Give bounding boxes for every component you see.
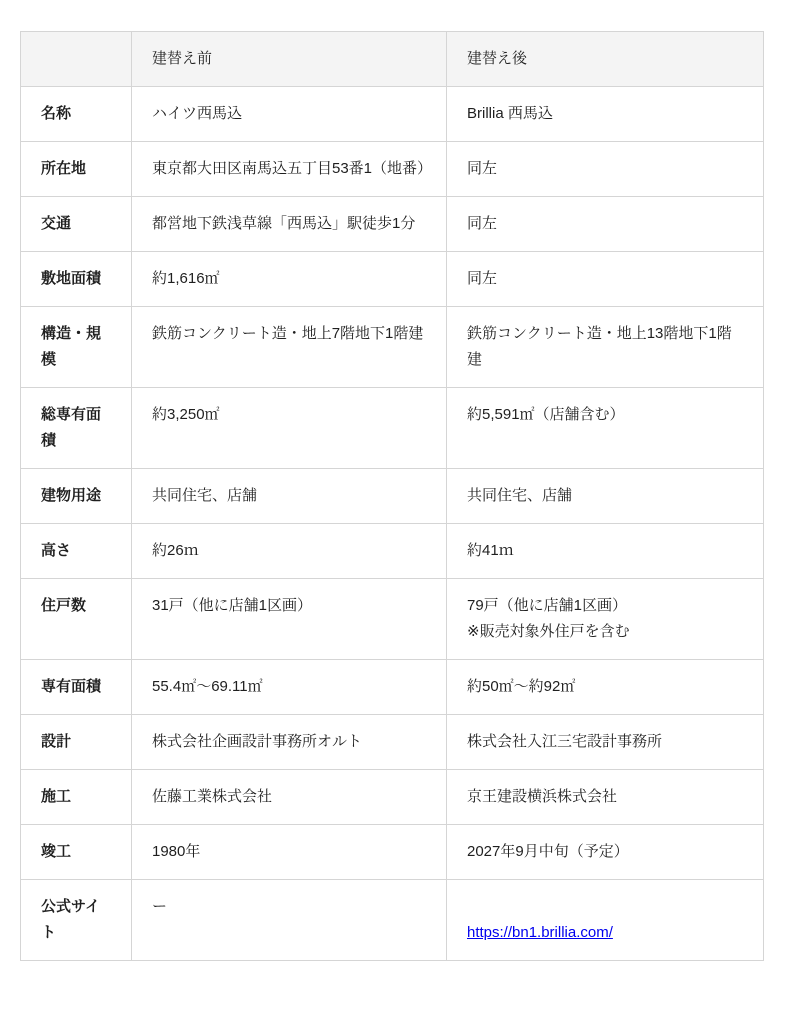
after-cell: 同左: [447, 142, 764, 197]
after-cell: https://bn1.brillia.com/: [447, 880, 764, 961]
table-row-structure: 構造・規模 鉄筋コンクリート造・地上7階地下1階建 鉄筋コンクリート造・地上13…: [21, 307, 764, 388]
row-label: 建物用途: [21, 469, 132, 524]
table-row-site-area: 敷地面積 約1,616㎡ 同左: [21, 252, 764, 307]
before-cell: 共同住宅、店舗: [132, 469, 447, 524]
row-label: 公式サイト: [21, 880, 132, 961]
header-row: 建替え前 建替え後: [21, 32, 764, 87]
row-label: 所在地: [21, 142, 132, 197]
after-cell: 鉄筋コンクリート造・地上13階地下1階建: [447, 307, 764, 388]
before-cell: 約3,250㎡: [132, 388, 447, 469]
row-label: 交通: [21, 197, 132, 252]
before-cell: 約1,616㎡: [132, 252, 447, 307]
after-cell: 同左: [447, 197, 764, 252]
row-label: 構造・規模: [21, 307, 132, 388]
table-row-address: 所在地 東京都大田区南馬込五丁目53番1（地番） 同左: [21, 142, 764, 197]
after-cell: 約5,591㎡（店舗含む）: [447, 388, 764, 469]
after-cell: 79戸（他に店舗1区画） ※販売対象外住戸を含む: [447, 579, 764, 660]
table-row-transit: 交通 都営地下鉄浅草線「西馬込」駅徒歩1分 同左: [21, 197, 764, 252]
table-row-official-site: 公式サイト ー https://bn1.brillia.com/: [21, 880, 764, 961]
table-row-design: 設計 株式会社企画設計事務所オルト 株式会社入江三宅設計事務所: [21, 715, 764, 770]
before-cell: ハイツ西馬込: [132, 87, 447, 142]
table-row-total-area: 総専有面積 約3,250㎡ 約5,591㎡（店舗含む）: [21, 388, 764, 469]
before-cell: 東京都大田区南馬込五丁目53番1（地番）: [132, 142, 447, 197]
header-cell-before: 建替え前: [132, 32, 447, 87]
after-cell: 共同住宅、店舗: [447, 469, 764, 524]
after-cell: 2027年9月中旬（予定）: [447, 825, 764, 880]
after-cell: 株式会社入江三宅設計事務所: [447, 715, 764, 770]
table-row-constructor: 施工 佐藤工業株式会社 京王建設横浜株式会社: [21, 770, 764, 825]
row-label: 総専有面積: [21, 388, 132, 469]
row-label: 専有面積: [21, 660, 132, 715]
table-row-unit-area: 専有面積 55.4㎡〜69.11㎡ 約50㎡〜約92㎡: [21, 660, 764, 715]
row-label: 名称: [21, 87, 132, 142]
row-label: 高さ: [21, 524, 132, 579]
after-cell: Brillia 西馬込: [447, 87, 764, 142]
table-row-unit-count: 住戸数 31戸（他に店舗1区画） 79戸（他に店舗1区画） ※販売対象外住戸を含…: [21, 579, 764, 660]
before-cell: 都営地下鉄浅草線「西馬込」駅徒歩1分: [132, 197, 447, 252]
row-label: 施工: [21, 770, 132, 825]
header-cell-after: 建替え後: [447, 32, 764, 87]
before-cell: 55.4㎡〜69.11㎡: [132, 660, 447, 715]
row-label: 竣工: [21, 825, 132, 880]
table-row-name: 名称 ハイツ西馬込 Brillia 西馬込: [21, 87, 764, 142]
official-site-link[interactable]: https://bn1.brillia.com/: [467, 924, 613, 941]
before-cell: 佐藤工業株式会社: [132, 770, 447, 825]
after-cell: 同左: [447, 252, 764, 307]
after-cell: 京王建設横浜株式会社: [447, 770, 764, 825]
row-label: 敷地面積: [21, 252, 132, 307]
row-label: 住戸数: [21, 579, 132, 660]
before-cell: 鉄筋コンクリート造・地上7階地下1階建: [132, 307, 447, 388]
page: 建替え前 建替え後 名称 ハイツ西馬込 Brillia 西馬込 所在地 東京都大…: [0, 0, 800, 991]
before-cell: 1980年: [132, 825, 447, 880]
table-row-height: 高さ 約26ｍ 約41ｍ: [21, 524, 764, 579]
table-row-building-use: 建物用途 共同住宅、店舗 共同住宅、店舗: [21, 469, 764, 524]
header-cell-empty: [21, 32, 132, 87]
after-cell: 約50㎡〜約92㎡: [447, 660, 764, 715]
after-cell: 約41ｍ: [447, 524, 764, 579]
before-cell: 約26ｍ: [132, 524, 447, 579]
before-cell: 株式会社企画設計事務所オルト: [132, 715, 447, 770]
table-row-completion: 竣工 1980年 2027年9月中旬（予定）: [21, 825, 764, 880]
before-cell: ー: [132, 880, 447, 961]
row-label: 設計: [21, 715, 132, 770]
before-cell: 31戸（他に店舗1区画）: [132, 579, 447, 660]
comparison-table: 建替え前 建替え後 名称 ハイツ西馬込 Brillia 西馬込 所在地 東京都大…: [20, 31, 764, 961]
